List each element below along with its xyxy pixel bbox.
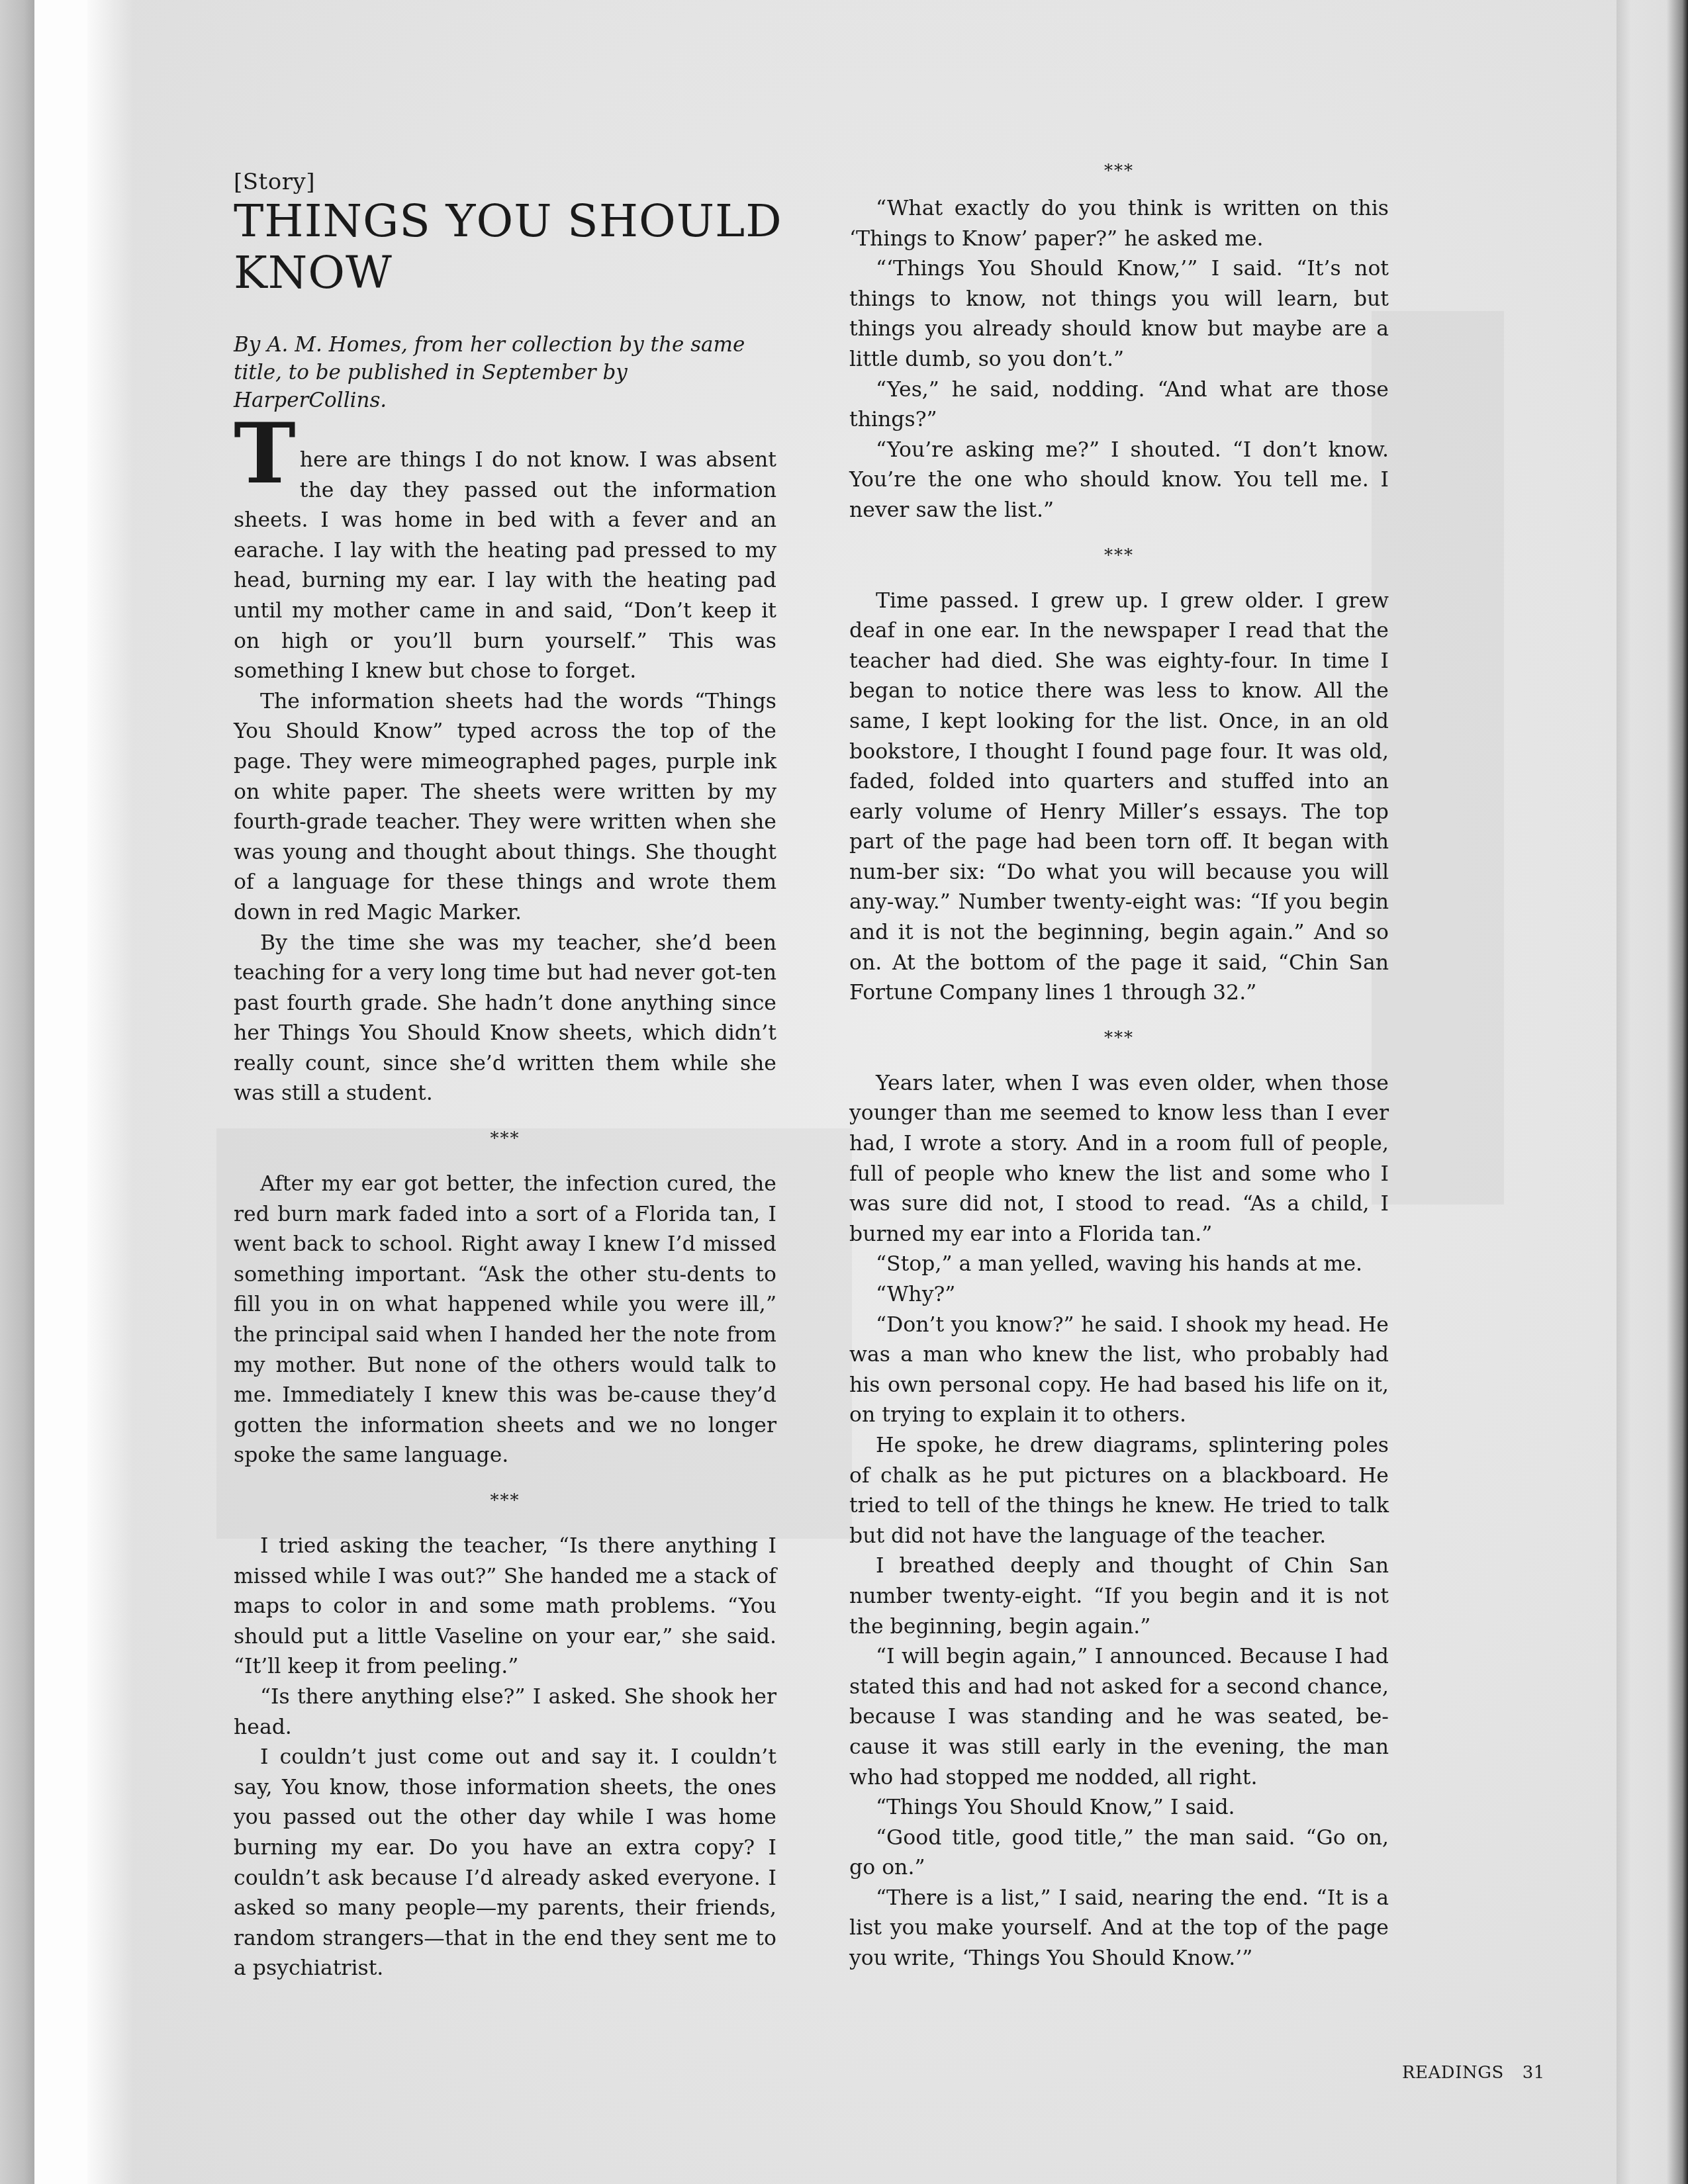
- section-label: [Story]: [234, 169, 315, 195]
- page-number: 31: [1523, 2063, 1545, 2083]
- paragraph: After my ear got better, the infection c…: [234, 1169, 776, 1471]
- paragraph: “Why?”: [849, 1280, 1389, 1310]
- section-separator: ***: [849, 1009, 1389, 1069]
- drop-cap: T: [234, 419, 296, 488]
- scan-binding-shadow-left: [0, 0, 34, 2184]
- section-separator: ***: [849, 526, 1389, 586]
- paragraph: “Stop,” a man yelled, waving his hands a…: [849, 1250, 1389, 1280]
- left-column-body: There are things I do not know. I was ab…: [234, 407, 776, 1984]
- show-through-shadow: [1372, 311, 1504, 1205]
- story-title: THINGS YOU SHOULD KNOW: [234, 196, 783, 299]
- section-separator: ***: [234, 1471, 776, 1531]
- paragraph: He spoke, he drew diagrams, splintering …: [849, 1431, 1389, 1551]
- paragraph: “‘Things You Should Know,’” I said. “It’…: [849, 254, 1389, 375]
- paragraph: By the time she was my teacher, she’d be…: [234, 929, 776, 1110]
- paragraph: I couldn’t just come out and say it. I c…: [234, 1743, 776, 1984]
- section-separator: ***: [234, 1109, 776, 1169]
- byline: By A. M. Homes, from her collection by t…: [234, 331, 783, 414]
- paragraph: Time passed. I grew up. I grew older. I …: [849, 586, 1389, 1009]
- scan-margin-left: [34, 0, 87, 2184]
- page-footer: READINGS31: [1402, 2063, 1545, 2083]
- paragraph: “Don’t you know?” he said. I shook my he…: [849, 1310, 1389, 1431]
- scan-page-edge-right: [1617, 0, 1688, 2184]
- footer-section-label: READINGS: [1402, 2063, 1504, 2083]
- section-separator: ***: [849, 149, 1389, 194]
- opening-paragraph: There are things I do not know. I was ab…: [234, 407, 776, 687]
- right-column-body: *** “What exactly do you think is writte…: [849, 149, 1389, 1974]
- paragraph: “There is a list,” I said, nearing the e…: [849, 1884, 1389, 1974]
- paragraph: “Is there anything else?” I asked. She s…: [234, 1682, 776, 1743]
- paragraph: “You’re asking me?” I shouted. “I don’t …: [849, 435, 1389, 526]
- paragraph: I tried asking the teacher, “Is there an…: [234, 1531, 776, 1682]
- paragraph: “What exactly do you think is written on…: [849, 194, 1389, 254]
- paragraph: “Things You Should Know,” I said.: [849, 1793, 1389, 1823]
- paragraph: “Good title, good title,” the man said. …: [849, 1823, 1389, 1884]
- paragraph: “I will begin again,” I announced. Becau…: [849, 1642, 1389, 1793]
- paragraph: Years later, when I was even older, when…: [849, 1069, 1389, 1250]
- paragraph: The information sheets had the words “Th…: [234, 687, 776, 929]
- paragraph: I breathed deeply and thought of Chin Sa…: [849, 1551, 1389, 1642]
- paragraph: “Yes,” he said, nodding. “And what are t…: [849, 375, 1389, 435]
